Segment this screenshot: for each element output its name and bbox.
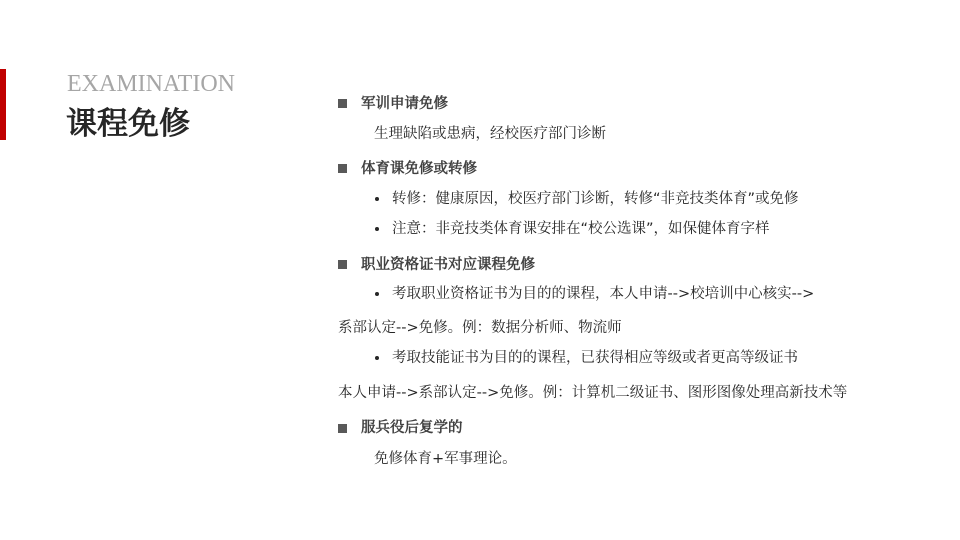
section-body: 生理缺陷或患病，经校医疗部门诊断 [374,124,606,144]
bullet-dot-icon [375,292,379,296]
section-heading: 体育课免修或转修 [361,159,477,179]
bullet-continuation: 系部认定-->免修。例：数据分析师、物流师 [338,318,622,338]
square-bullet-icon [338,424,347,433]
bullet-item: 考取技能证书为目的的课程，已获得相应等级或者更高等级证书 [392,348,798,368]
bullet-item: 注意：非竞技类体育课安排在“校公选课”，如保健体育字样 [392,219,770,239]
bullet-dot-icon [375,356,379,360]
section-body: 免修体育+军事理论。 [374,449,517,469]
square-bullet-icon [338,260,347,269]
section-heading: 服兵役后复学的 [361,418,463,438]
accent-bar [0,69,6,140]
page-title: 课程免修 [66,104,190,144]
bullet-dot-icon [375,227,379,231]
square-bullet-icon [338,99,347,108]
square-bullet-icon [338,164,347,173]
section-heading: 职业资格证书对应课程免修 [361,255,535,275]
english-title: EXAMINATION [67,70,235,98]
bullet-dot-icon [375,197,379,201]
section-heading: 军训申请免修 [361,94,448,114]
bullet-item: 考取职业资格证书为目的的课程，本人申请-->校培训中心核实--> [392,284,814,304]
bullet-item: 转修：健康原因，校医疗部门诊断，转修“非竞技类体育”或免修 [392,189,799,209]
bullet-continuation: 本人申请-->系部认定-->免修。例：计算机二级证书、图形图像处理高新技术等 [338,383,847,403]
